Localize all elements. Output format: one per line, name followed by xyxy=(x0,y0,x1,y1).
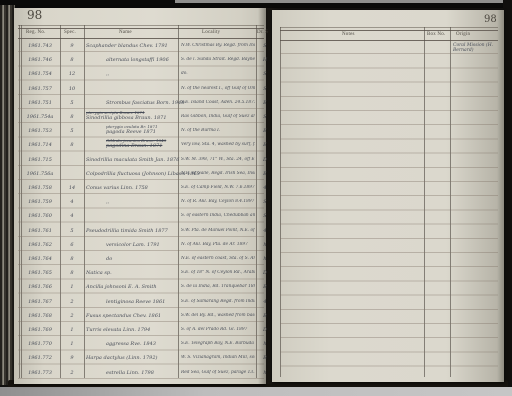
spec-count-cell: 4 xyxy=(60,199,84,205)
reg-no-cell: 1961.762 xyxy=(22,242,58,248)
reg-no-cell: 1961.743 xyxy=(22,43,58,49)
reg-no-cell: 1961.746 xyxy=(22,57,58,63)
register-row: 1961.75710N. of the nearest I., off Gulf… xyxy=(14,82,266,96)
register-left-page: 98 Reg. No. Spec. Name Locality Dr. S 19… xyxy=(14,8,266,384)
register-row: 1961.7439Scaphander blandus Chev. 1791N.… xyxy=(14,39,266,53)
locality-cell: Very low, Sta. 4, washed by surf, fine s… xyxy=(181,142,255,148)
name-text: Scaphander blandus Chev. 1791 xyxy=(86,43,178,49)
book-cover-right-edge xyxy=(503,0,512,396)
name-text: lentiginosa Reeve 1861 xyxy=(106,299,178,305)
reg-no-cell: 1961.768 xyxy=(22,313,58,319)
register-row: 1961.7615Pseudodrillia timida Smith 1877… xyxy=(14,224,266,238)
spec-count-cell: 6 xyxy=(60,242,84,248)
locality-cell: S.E. Island Coast, Aden. 24.5.1871 xyxy=(181,100,255,106)
register-row: 1961.756aColpodrillia fluctuosa (Johnson… xyxy=(14,167,266,181)
locality-cell: S.E. Telegraph Bay, N.E. Barbuda R.N. 27… xyxy=(181,341,255,347)
locality-cell: S.W. M. 398, 71° W., Sta. 24, off E. of … xyxy=(181,157,255,163)
rule xyxy=(280,30,498,31)
register-row: 1961.7691Turris elevata Linn. 1794S. of … xyxy=(14,323,266,337)
reg-no-cell: 1961.758 xyxy=(22,185,58,191)
name-cell: pterygia ovulata Br. 1871pagoda Reeve 18… xyxy=(106,128,178,135)
locality-cell: S. de la India, Rd. Tranquebar 1897 xyxy=(181,284,255,290)
name-text: Turris elevata Linn. 1794 xyxy=(86,327,178,333)
name-cell: Fusus spectandus Chev. 1861 xyxy=(86,313,178,319)
reg-no-cell: 1961.764 xyxy=(22,256,58,262)
register-row: 1961.754a8pterygia scripta Braun. 1871Si… xyxy=(14,110,266,124)
name-text: pagodina Braun. 1871 xyxy=(106,143,178,149)
name-text: Fusus spectandus Chev. 1861 xyxy=(86,313,178,319)
name-cell: Natica sp. xyxy=(86,270,178,276)
spec-count-cell: 12 xyxy=(60,71,84,77)
spec-count-cell: 2 xyxy=(60,299,84,305)
name-cell: Ancilla johnsoni E. A. Smith xyxy=(86,284,178,290)
locality-cell: W. S. Vizianagram, Indian Mill, southern… xyxy=(181,355,255,361)
header-locality: Locality xyxy=(202,30,220,35)
spec-count-cell: 8 xyxy=(60,270,84,276)
register-row: 1961.7672lentiginosa Reeve 1861S.E. of S… xyxy=(14,295,266,309)
register-row: 1961.7661Ancilla johnsoni E. A. SmithS. … xyxy=(14,280,266,294)
register-row: 1961.7729Harpa dactylus (Linn. 1792)W. S… xyxy=(14,351,266,365)
table-surface xyxy=(0,387,512,396)
reg-no-cell: 1961.765 xyxy=(22,270,58,276)
reg-no-cell: 1961.756a xyxy=(22,171,58,177)
register-row: 1961.7626versicolor Lam. 1791N. of Akl. … xyxy=(14,238,266,252)
rule xyxy=(280,27,498,28)
locality-cell: S.E. of Camp Field, N.W. 7.6.1897 xyxy=(181,185,255,191)
name-text: aggressa Rve. 1843 xyxy=(106,341,178,347)
spec-count-cell: 10 xyxy=(60,86,84,92)
reg-no-cell: 1961.769 xyxy=(22,327,58,333)
spec-count-cell: 8 xyxy=(60,114,84,120)
reg-no-cell: 1961.759 xyxy=(22,199,58,205)
name-cell: pterygia scripta Braun. 1871Sinodrillia … xyxy=(86,114,178,121)
spec-count-cell: 5 xyxy=(60,100,84,106)
name-text: estrella Linn. 1798 xyxy=(106,370,178,376)
locality-cell: do. xyxy=(181,71,255,77)
name-text: ,, xyxy=(106,199,178,205)
locality-cell: Ras Gibbon, India, Gulf of Suez and Red … xyxy=(181,114,255,120)
name-text: Harpa dactylus (Linn. 1792) xyxy=(86,355,178,361)
register-row: 1961.7658Natica sp.S.E. of 18° N. of Cey… xyxy=(14,266,266,280)
name-text: versicolor Lam. 1791 xyxy=(106,242,178,248)
locality-cell: N. of the Burma I. xyxy=(181,128,255,134)
register-row: 1961.7604S. of eastern India, Chedubbah … xyxy=(14,209,266,223)
header-reg-no: Reg. No. xyxy=(26,30,46,35)
name-cell: Conus varius Linn. 1758 xyxy=(86,185,178,191)
locality-cell: N.E. of Galle, Regd. Irish Sea, Inshore … xyxy=(181,171,255,177)
name-text: Sinodrillia maculata Smith Jan. 1876 xyxy=(86,157,178,163)
locality-cell: S.E. of 18° N. of Ceylon Rd., Arabian co… xyxy=(181,270,255,276)
register-row: 1961.7148Gibbula javanica Braun. 1843pag… xyxy=(14,138,266,152)
name-cell: Turris elevata Linn. 1794 xyxy=(86,327,178,333)
rule xyxy=(18,28,264,29)
name-text: Colpodrillia fluctuosa (Johnson) Libassi… xyxy=(86,171,178,177)
register-row: 1961.7682Fusus spectandus Chev. 1861S.W.… xyxy=(14,309,266,323)
reg-no-cell: 1961.770 xyxy=(22,341,58,347)
reg-no-cell: 1961.767 xyxy=(22,299,58,305)
register-row: 1961.7732estrella Linn. 1798Red Sea, Gul… xyxy=(14,366,266,380)
name-cell: ,, xyxy=(106,71,178,77)
reg-no-cell: 1961.760 xyxy=(22,213,58,219)
name-cell: Harpa dactylus (Linn. 1792) xyxy=(86,355,178,361)
register-row: 1961.7594,,N. of R. Akl. Bay, Ceylon 8.4… xyxy=(14,195,266,209)
name-cell: Colpodrillia fluctuosa (Johnson) Libassi… xyxy=(86,171,178,177)
name-text: Strombus fasciatus Born. 1948 xyxy=(106,100,178,106)
name-cell: ,, xyxy=(106,199,178,205)
reg-no-cell: 1961.772 xyxy=(22,355,58,361)
spec-count-cell: 14 xyxy=(60,185,84,191)
name-cell: Gibbula javanica Braun. 1843pagodina Bra… xyxy=(106,142,178,149)
name-cell: versicolor Lam. 1791 xyxy=(106,242,178,248)
name-cell: lentiginosa Reeve 1861 xyxy=(106,299,178,305)
locality-cell: N.W. Christmas By. Regd. from Indian Oce… xyxy=(181,43,255,49)
name-cell: Pseudodrillia timida Smith 1877 xyxy=(86,228,178,234)
locality-cell: N. of the nearest I., off Gulf of Oman 1… xyxy=(181,86,255,92)
locality-cell: S.E. of Samarang Regd. from Indian Ocean… xyxy=(181,299,255,305)
locality-cell: S.W. del By. Rd., washed from base, S.W.… xyxy=(181,313,255,319)
locality-cell: Red Sea, Gulf of Suez, parage 13.1.1899 xyxy=(181,370,255,376)
header-box-no: Box No. xyxy=(427,32,445,37)
name-text: alternata longstaffi 1906 xyxy=(106,57,178,63)
name-cell: Scaphander blandus Chev. 1791 xyxy=(86,43,178,49)
name-text: pagoda Reeve 1871 xyxy=(106,129,178,135)
locality-cell: S. of eastern India, Chedubbah and Burma… xyxy=(181,213,255,219)
spec-count-cell: 8 xyxy=(60,142,84,148)
name-cell: alternata longstaffi 1906 xyxy=(106,57,178,63)
register-row: 1961.7701aggressa Rve. 1843S.E. Telegrap… xyxy=(14,337,266,351)
ledger-photo: 98 Reg. No. Spec. Name Locality Dr. S 19… xyxy=(0,0,512,396)
spec-count-cell: 1 xyxy=(60,327,84,333)
header-origin: Origin xyxy=(456,32,470,37)
locality-cell: N. of R. Akl. Bay, Ceylon 8.4.1897 xyxy=(181,199,255,205)
origin-note: Coral Mission (H. Bernard) xyxy=(453,43,501,53)
header-spec: Spec. xyxy=(64,30,76,35)
register-row: 1961.75412,,do.S xyxy=(14,67,266,81)
register-row: 1961.75814Conus varius Linn. 1758S.E. of… xyxy=(14,181,266,195)
spec-count-cell: 5 xyxy=(60,228,84,234)
spec-count-cell: 2 xyxy=(60,370,84,376)
name-text: Conus varius Linn. 1758 xyxy=(86,185,178,191)
spec-count-cell: 8 xyxy=(60,256,84,262)
reg-no-cell: 1961.715 xyxy=(22,157,58,163)
reg-no-cell: 1961.757 xyxy=(22,86,58,92)
spec-count-cell: 1 xyxy=(60,284,84,290)
spec-count-cell: 9 xyxy=(60,43,84,49)
register-right-page: 98 Notes Box No. Origin Coral Mission (H… xyxy=(272,10,504,382)
reg-no-cell: 1961.754 xyxy=(22,71,58,77)
reg-no-cell: 1961.761 xyxy=(22,228,58,234)
register-row: 1961.7535pterygia ovulata Br. 1871pagoda… xyxy=(14,124,266,138)
locality-cell: N. of Akl. Bay, Pta. de Ar. 1897 xyxy=(181,242,255,248)
row-ruling xyxy=(280,40,498,377)
right-folio-number: 98 xyxy=(484,14,497,25)
locality-cell: S.W. Pta. de Manuel Point, N.E. of Madra… xyxy=(181,228,255,234)
register-row: 1961.7648doN.E. of eastern coast, Sta. o… xyxy=(14,252,266,266)
reg-no-cell: 1961.773 xyxy=(22,370,58,376)
register-row: 1961.715Sinodrillia maculata Smith Jan. … xyxy=(14,153,266,167)
locality-cell: S. of A. del Prado Rd. Gl. 1897 xyxy=(181,327,255,333)
name-text: Ancilla johnsoni E. A. Smith xyxy=(86,284,178,290)
reg-no-cell: 1961.753 xyxy=(22,128,58,134)
header-notes: Notes xyxy=(342,32,355,37)
name-text: ,, xyxy=(106,71,178,77)
reg-no-cell: 1961.751 xyxy=(22,100,58,106)
photo-top-strip xyxy=(175,0,512,3)
name-text: Pseudodrillia timida Smith 1877 xyxy=(86,228,178,234)
name-cell: Sinodrillia maculata Smith Jan. 1876 xyxy=(86,157,178,163)
name-cell: estrella Linn. 1798 xyxy=(106,370,178,376)
name-cell: do xyxy=(106,256,178,262)
rule xyxy=(18,25,264,26)
spec-count-cell: 9 xyxy=(60,355,84,361)
name-cell: Strombus fasciatus Born. 1948 xyxy=(106,100,178,106)
name-text: do xyxy=(106,256,178,262)
spec-count-cell: 1 xyxy=(60,341,84,347)
spec-count-cell: 8 xyxy=(60,57,84,63)
left-folio-number: 98 xyxy=(27,8,42,22)
spec-count-cell: 4 xyxy=(60,213,84,219)
register-row: 1961.7468alternata longstaffi 1906S. de … xyxy=(14,53,266,67)
spec-count-cell: 2 xyxy=(60,313,84,319)
book-page-stack-edge xyxy=(0,5,15,385)
spec-count-cell: 5 xyxy=(60,128,84,134)
locality-cell: S. de l. Sunda Strait. Regd. Baynes — 9.… xyxy=(181,57,255,63)
header-name: Name xyxy=(119,30,132,35)
register-row: 1961.7515Strombus fasciatus Born. 1948S.… xyxy=(14,96,266,110)
reg-no-cell: 1961.766 xyxy=(22,284,58,290)
reg-no-cell: 1961.754a xyxy=(22,114,58,120)
reg-no-cell: 1961.714 xyxy=(22,142,58,148)
locality-cell: N.E. of eastern coast, Sta. of S. And. 1… xyxy=(181,256,255,262)
name-text: Natica sp. xyxy=(86,270,178,276)
name-text: Sinodrillia gibbosa Braun. 1871 xyxy=(86,115,178,121)
name-cell: aggressa Rve. 1843 xyxy=(106,341,178,347)
